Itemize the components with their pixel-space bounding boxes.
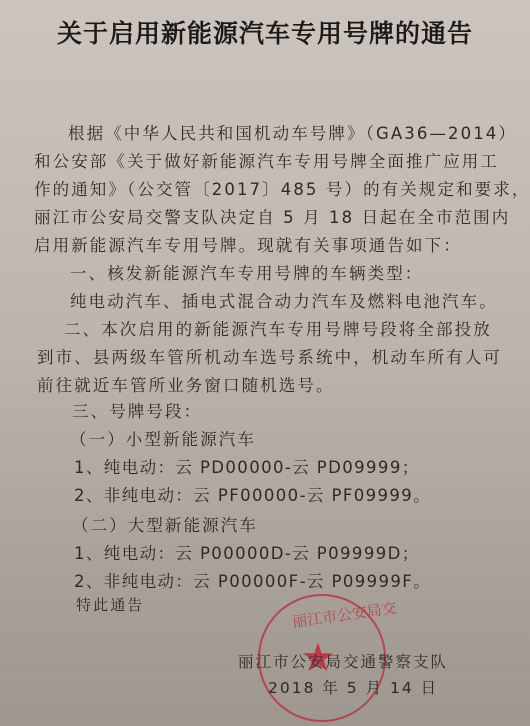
body-line: 丽江市公安局交警支队决定自 5 月 18 日起在全市范围内 (34, 204, 510, 228)
document-page: 关于启用新能源汽车专用号牌的通告 根据《中华人民共和国机动车号牌》（GA36—2… (0, 0, 530, 726)
plate-range-item: 1、纯电动：云 PD00000-云 PD09999； (74, 454, 420, 478)
plate-range-item: 2、非纯电动：云 PF00000-云 PF09999。 (74, 482, 431, 506)
section-heading-2: 二、本次启用的新能源汽车专用号牌号段将全部投放 (64, 316, 492, 340)
body-line: 前往就近车管所业务窗口随机选号。 (37, 372, 335, 396)
body-line: 纯电动汽车、插电式混合动力汽车及燃料电池汽车。 (70, 288, 498, 312)
closing-text: 特此通告 (76, 594, 144, 615)
body-line: 根据《中华人民共和国机动车号牌》（GA36—2014） (68, 120, 517, 144)
subsection-heading: （一）小型新能源汽车 (70, 426, 256, 450)
issue-date: 2018 年 5 月 14 日 (268, 676, 438, 698)
document-title: 关于启用新能源汽车专用号牌的通告 (0, 14, 530, 50)
issuer-signature: 丽江市公安局交通警察支队 (238, 650, 448, 672)
plate-range-item: 1、纯电动：云 P00000D-云 P09999D； (74, 540, 420, 564)
plate-range-item: 2、非纯电动：云 P00000F-云 P09999F。 (74, 568, 431, 592)
body-line: 启用新能源汽车专用号牌。现就有关事项通告如下： (34, 232, 462, 256)
body-line: 作的通知》（公交管〔2017〕485 号）的有关规定和要求， (34, 176, 530, 200)
body-line: 和公安部《关于做好新能源汽车专用号牌全面推广应用工 (34, 148, 499, 172)
section-heading-1: 一、核发新能源汽车专用号牌的车辆类型： (70, 260, 423, 284)
section-heading-3: 三、号牌号段： (72, 398, 202, 422)
subsection-heading: （二）大型新能源汽车 (72, 512, 258, 536)
body-line: 到市、县两级车管所机动车选号系统中，机动车所有人可 (37, 344, 502, 368)
